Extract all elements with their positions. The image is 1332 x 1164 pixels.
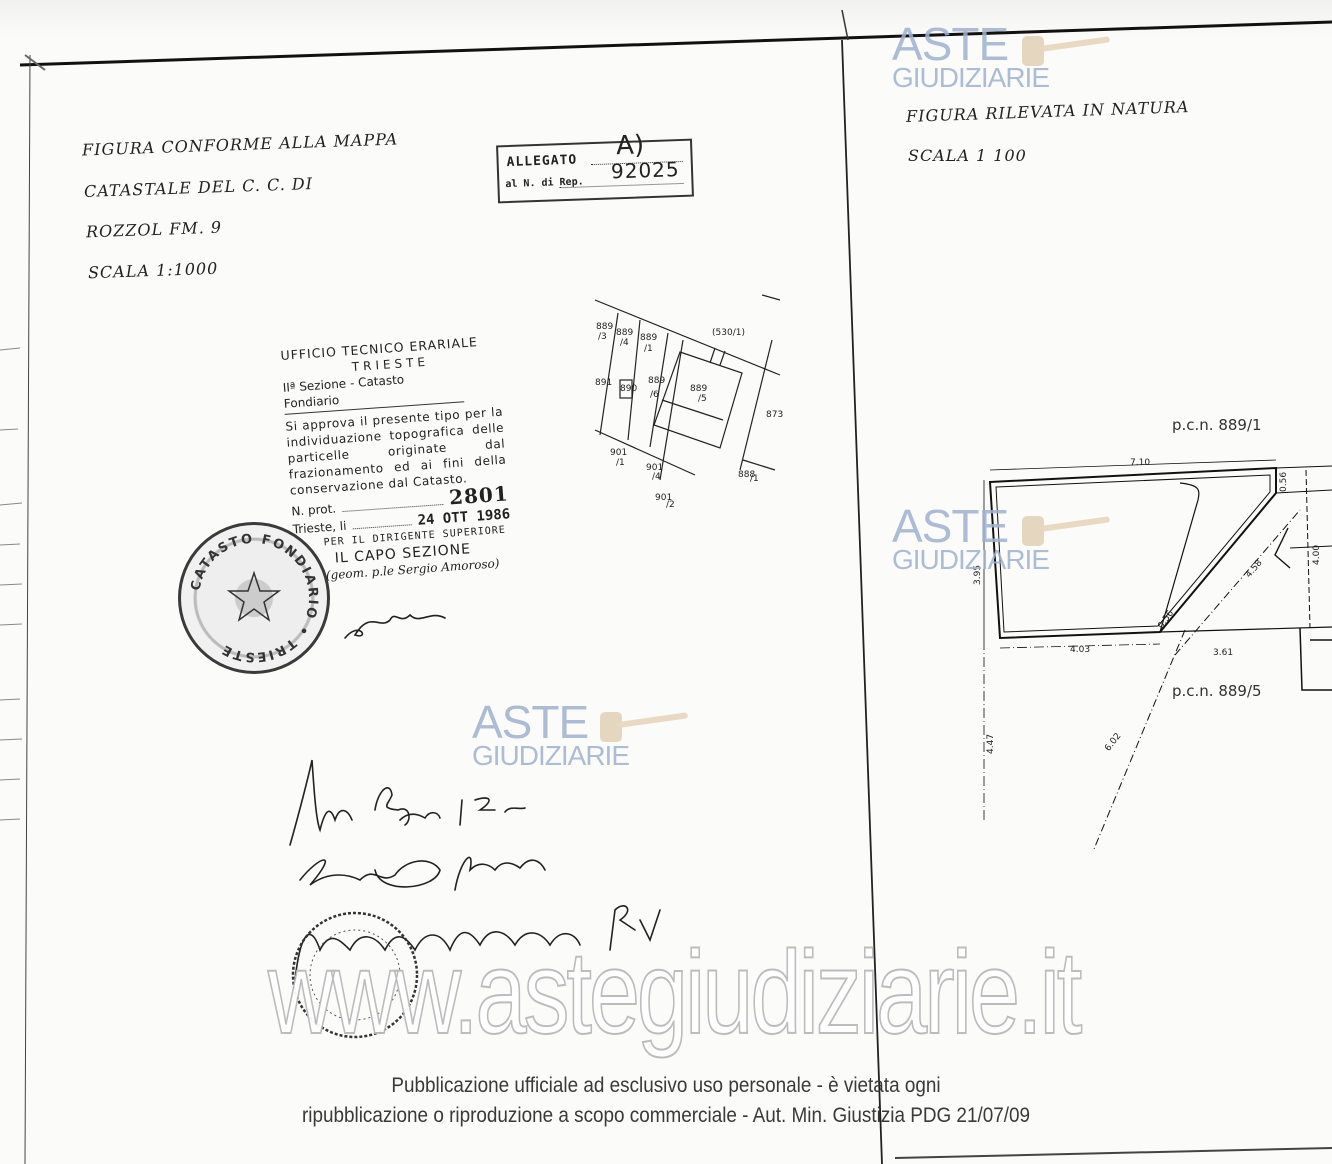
svg-text:/6: /6 (650, 390, 659, 400)
rep-label: al N. di Rep. (505, 176, 584, 190)
svg-text:/4: /4 (620, 338, 629, 348)
allegato-letter: A) (616, 130, 645, 161)
svg-text:4.47: 4.47 (986, 734, 996, 754)
svg-text:889: 889 (640, 333, 657, 343)
svg-text:/2: /2 (666, 500, 675, 510)
prot-label: N. prot. (291, 500, 337, 519)
svg-text:/1: /1 (616, 458, 625, 468)
svg-text:0.56: 0.56 (1156, 608, 1176, 630)
svg-text:0.56: 0.56 (1279, 472, 1289, 492)
svg-text:890: 890 (620, 384, 637, 394)
gavel-icon (1012, 30, 1112, 70)
svg-text:p.c.n. 889/1: p.c.n. 889/1 (1172, 416, 1262, 434)
gavel-icon (1012, 510, 1112, 550)
svg-text:901: 901 (610, 448, 627, 458)
svg-text:4.00: 4.00 (1312, 545, 1322, 565)
svg-text:(530/1): (530/1) (712, 328, 745, 338)
svg-text:889: 889 (616, 328, 633, 338)
svg-text:/5: /5 (698, 394, 707, 404)
footer-notice-line-2: ripubblicazione o riproduzione a scopo c… (67, 1104, 1266, 1128)
svg-text:889: 889 (690, 384, 707, 394)
svg-text:4.03: 4.03 (1070, 645, 1090, 655)
official-seal: CATASTO FONDIARIO • TRIESTE (178, 522, 330, 674)
cadastral-map-excerpt: 889/3 889/4 889/1 (530/1) 891890 889/6 8… (580, 285, 790, 515)
svg-text:7.10: 7.10 (1130, 458, 1150, 468)
rep-number: 92025 (611, 157, 680, 183)
svg-text:p.c.n. 889/5: p.c.n. 889/5 (1172, 682, 1262, 700)
svg-text:3.61: 3.61 (1213, 648, 1233, 658)
svg-text:/3: /3 (598, 332, 607, 342)
footer-notice-line-1: Pubblicazione ufficiale ad esclusivo uso… (67, 1074, 1266, 1098)
svg-text:CATASTO FONDIARIO • TRIESTE: CATASTO FONDIARIO • TRIESTE (188, 532, 320, 665)
survey-scale: SCALA 1 100 (908, 146, 1027, 165)
svg-text:/4: /4 (652, 472, 661, 482)
svg-text:889: 889 (596, 322, 613, 332)
svg-text:/1: /1 (750, 474, 759, 484)
allegato-stamp: ALLEGATO A) al N. di Rep. 92025 (496, 139, 694, 204)
watermark-url: www.astegiudiziarie.it (268, 925, 1079, 1061)
svg-text:6.02: 6.02 (1103, 731, 1123, 753)
chief-signature (340, 600, 460, 645)
svg-text:891: 891 (595, 378, 612, 388)
svg-text:/1: /1 (644, 344, 653, 354)
allegato-label: ALLEGATO (506, 153, 577, 170)
gavel-icon (590, 706, 690, 746)
svg-text:889: 889 (648, 376, 665, 386)
star-icon (229, 573, 279, 620)
svg-text:4.58: 4.58 (1244, 558, 1265, 580)
survey-floor-plan: p.c.n. 889/1 7.10 3.95 0.56 4.58 4.00 4.… (960, 400, 1332, 850)
svg-text:873: 873 (766, 410, 783, 420)
prot-number: 2801 (449, 485, 510, 505)
